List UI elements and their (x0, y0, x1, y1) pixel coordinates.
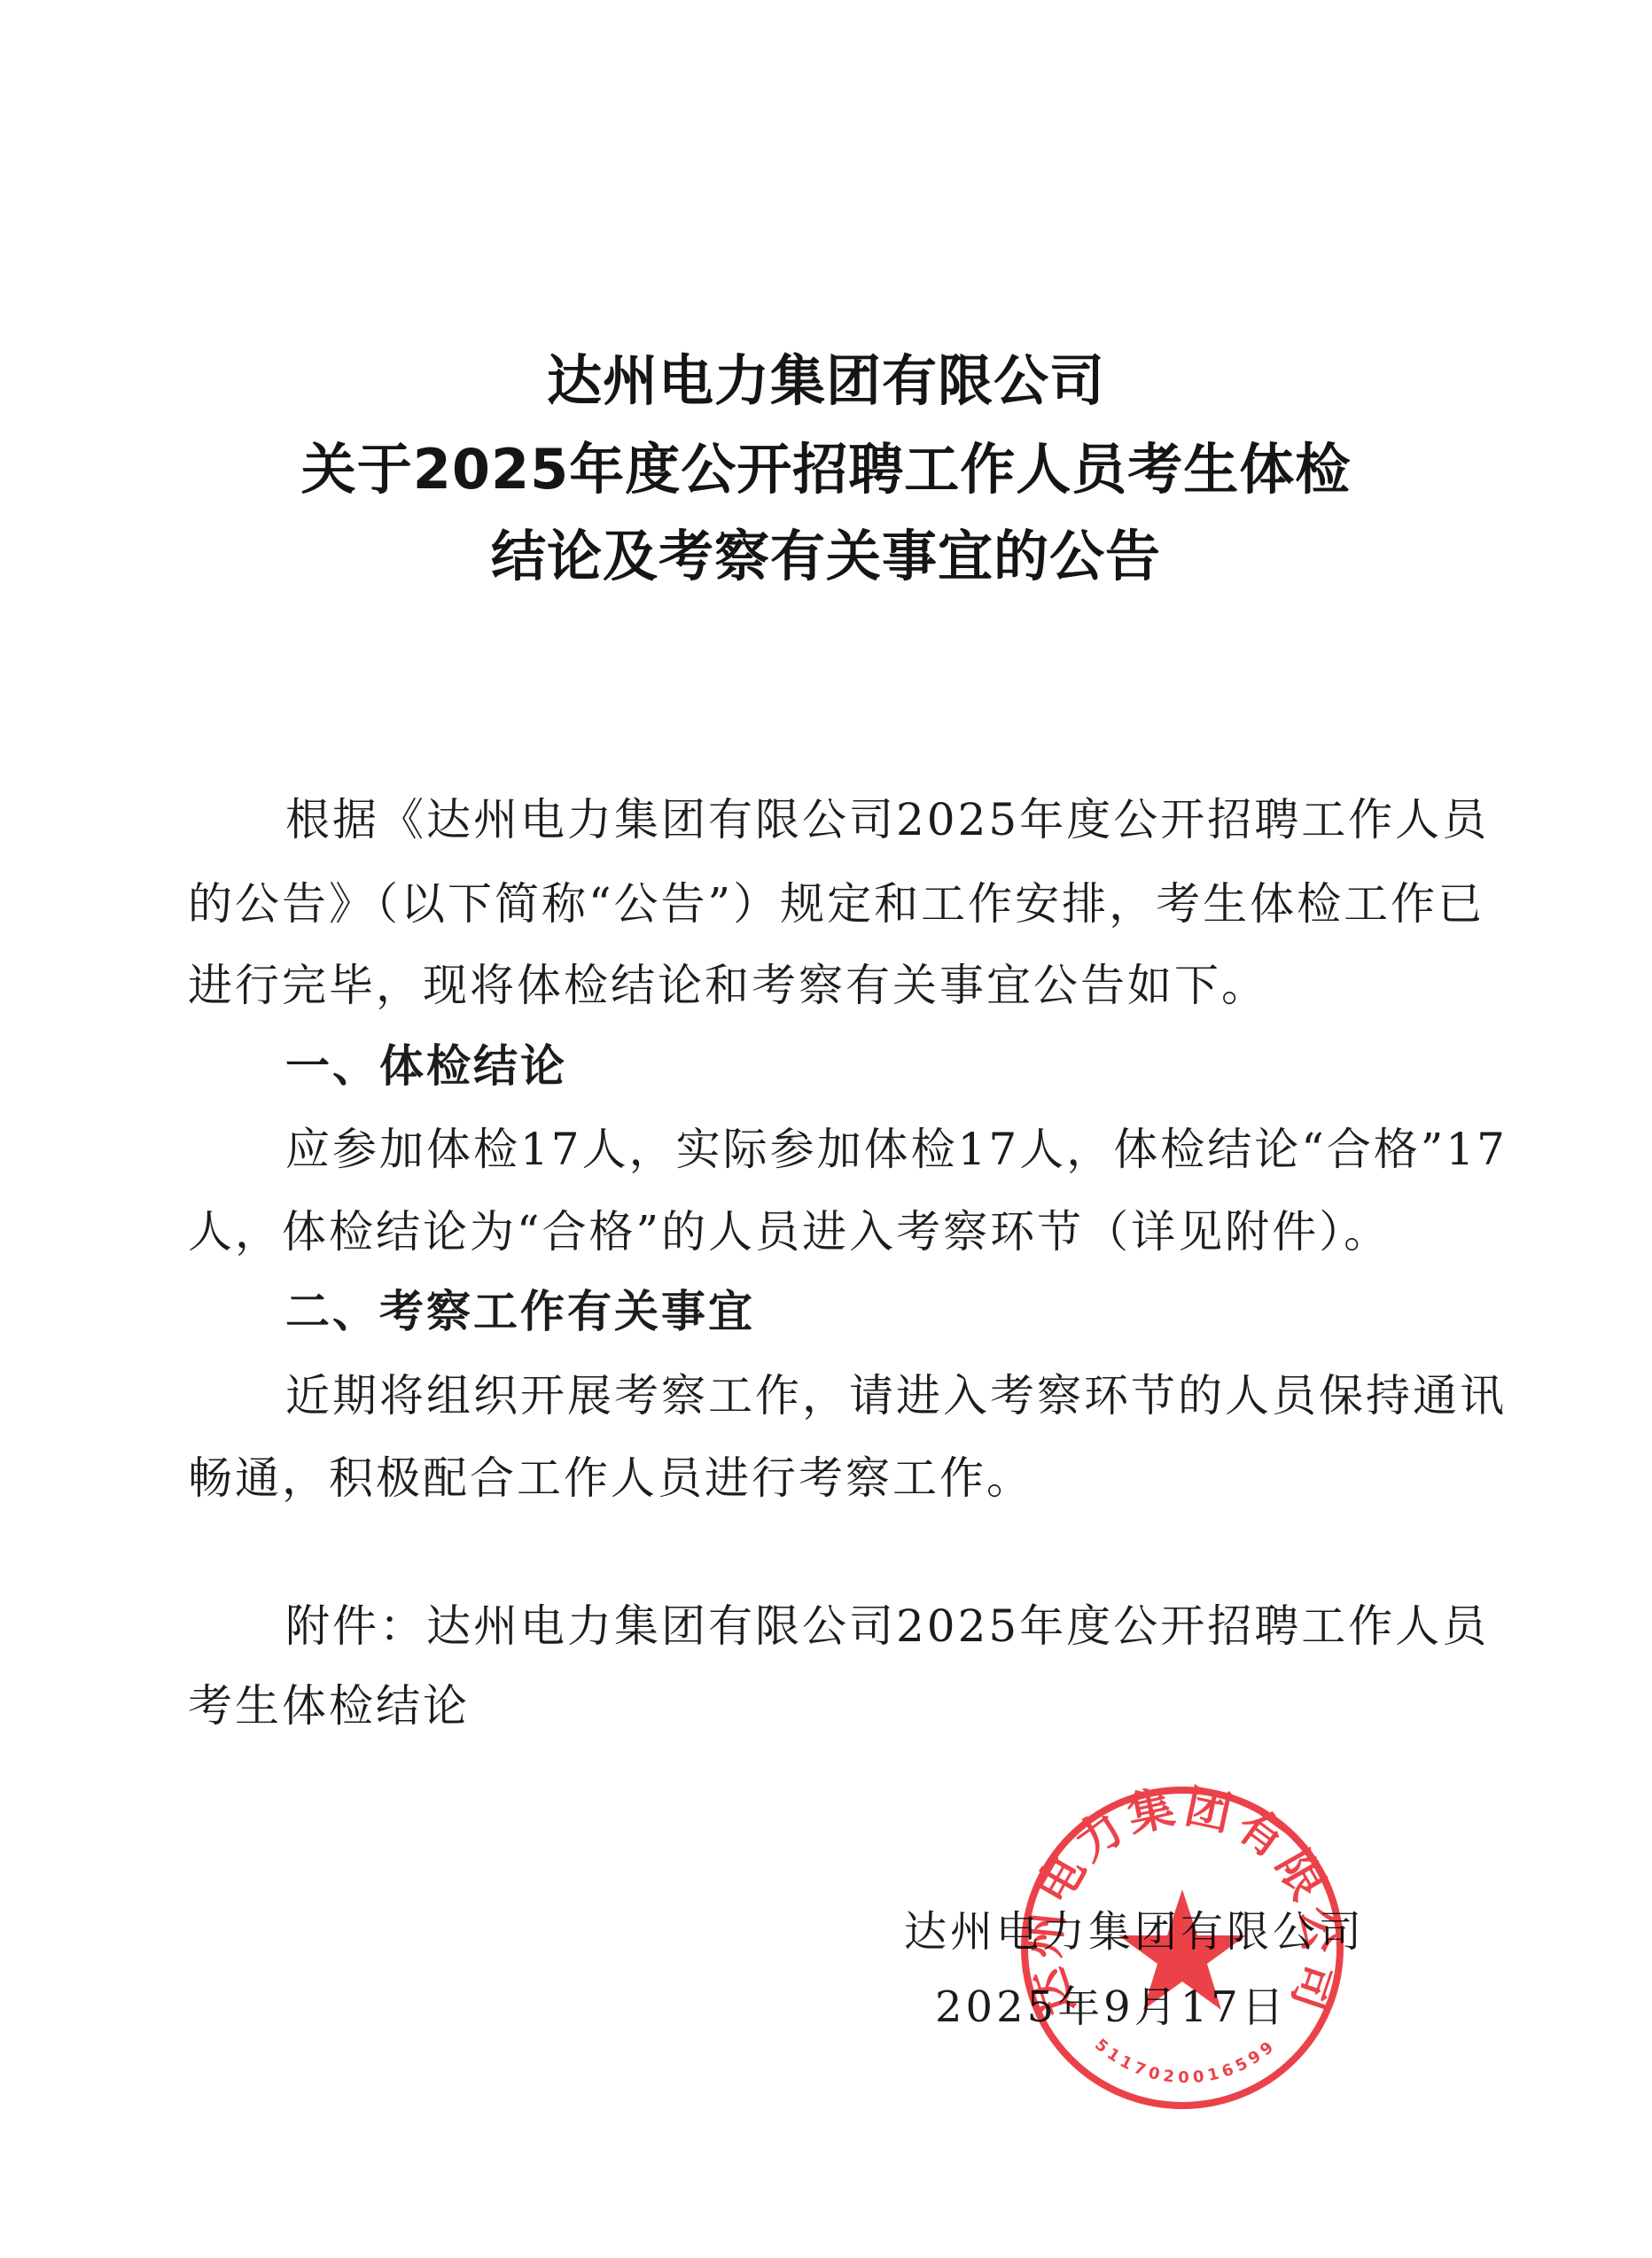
document-page: 达州电力集团有限公司 关于2025年度公开招聘工作人员考生体检 结论及考察有关事… (0, 0, 1652, 2258)
section1-line-2: 人，体检结论为“合格”的人员进入考察环节（详见附件）。 (188, 1207, 1391, 1257)
attachment-line-1: 附件：达州电力集团有限公司2025年度公开招聘工作人员 (285, 1601, 1489, 1651)
title-line-1: 达州电力集团有限公司 (0, 354, 1652, 409)
section1-line-1: 应参加体检17人，实际参加体检17人，体检结论“合格”17 (285, 1125, 1508, 1174)
svg-text:5117020016599: 5117020016599 (1091, 2036, 1281, 2087)
section2-line-2: 畅通，积极配合工作人员进行考察工作。 (188, 1453, 1033, 1503)
title-line-2: 关于2025年度公开招聘工作人员考生体检 (0, 442, 1652, 497)
intro-line-3: 进行完毕，现将体检结论和考察有关事宜公告如下。 (188, 961, 1268, 1010)
seal-code: 5117020016599 (1091, 2036, 1281, 2087)
title-line-3: 结论及考察有关事宜的公告 (0, 529, 1652, 584)
attachment-line-2: 考生体检结论 (188, 1681, 470, 1731)
intro-line-1: 根据《达州电力集团有限公司2025年度公开招聘工作人员 (285, 795, 1489, 845)
intro-line-2: 的公告》（以下简称“公告”）规定和工作安排，考生体检工作已 (188, 879, 1484, 929)
official-seal-icon: 达州电力集团有限公司 5117020016599 (1017, 1783, 1347, 2113)
section1-heading: 一、体检结论 (285, 1041, 567, 1091)
section2-heading: 二、考察工作有关事宜 (285, 1287, 755, 1336)
section2-line-1: 近期将组织开展考察工作，请进入考察环节的人员保持通讯 (285, 1371, 1507, 1421)
